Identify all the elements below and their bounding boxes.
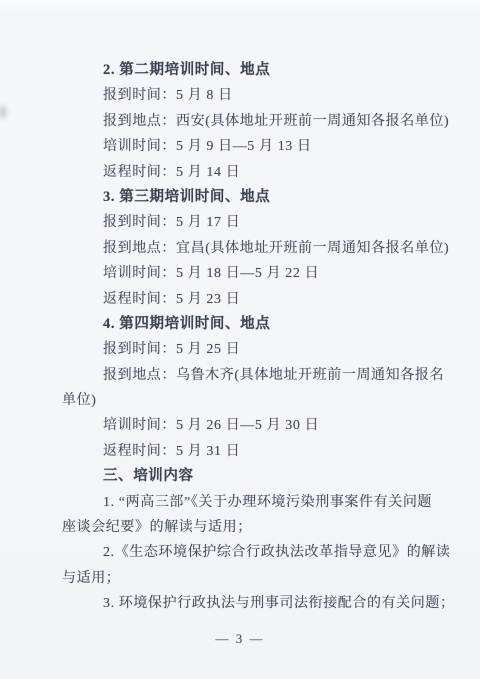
doc-line: 1. “两高三部”《关于办理环境污染刑事案件有关问题 — [0, 490, 480, 515]
doc-line: 与适用； — [0, 566, 480, 591]
doc-line: 单位) — [0, 388, 480, 413]
doc-line: 3. 环境保护行政执法与刑事司法衔接配合的有关问题； — [0, 591, 480, 616]
doc-line: 培训时间：5 月 9 日—5 月 13 日 — [0, 134, 480, 159]
page-number: — 3 — — [0, 630, 480, 648]
document-body: 2. 第二期培训时间、地点 报到时间：5 月 8 日 报到地点：西安(具体地址开… — [0, 58, 480, 617]
doc-line: 报到时间：5 月 8 日 — [0, 83, 480, 108]
section-heading: 2. 第二期培训时间、地点 — [0, 58, 480, 83]
doc-line: 报到地点：宜昌(具体地址开班前一周通知各报名单位) — [0, 236, 480, 261]
section-heading: 三、培训内容 — [0, 464, 480, 489]
doc-line: 报到地点：乌鲁木齐(具体地址开班前一周通知各报名 — [0, 363, 480, 388]
section-heading: 4. 第四期培训时间、地点 — [0, 312, 480, 337]
doc-line: 报到时间：5 月 25 日 — [0, 337, 480, 362]
doc-line: 报到时间：5 月 17 日 — [0, 210, 480, 235]
doc-line: 培训时间：5 月 18 日—5 月 22 日 — [0, 261, 480, 286]
section-heading: 3. 第三期培训时间、地点 — [0, 185, 480, 210]
doc-line: 返程时间：5 月 14 日 — [0, 160, 480, 185]
doc-line: 返程时间：5 月 31 日 — [0, 439, 480, 464]
doc-line: 座谈会纪要》的解读与适用； — [0, 515, 480, 540]
doc-line: 返程时间：5 月 23 日 — [0, 287, 480, 312]
doc-line: 2.《生态环境保护综合行政执法改革指导意见》的解读 — [0, 540, 480, 565]
doc-line: 培训时间：5 月 26 日—5 月 30 日 — [0, 413, 480, 438]
document-page: 2. 第二期培训时间、地点 报到时间：5 月 8 日 报到地点：西安(具体地址开… — [0, 0, 480, 679]
doc-line: 报到地点：西安(具体地址开班前一周通知各报名单位) — [0, 109, 480, 134]
